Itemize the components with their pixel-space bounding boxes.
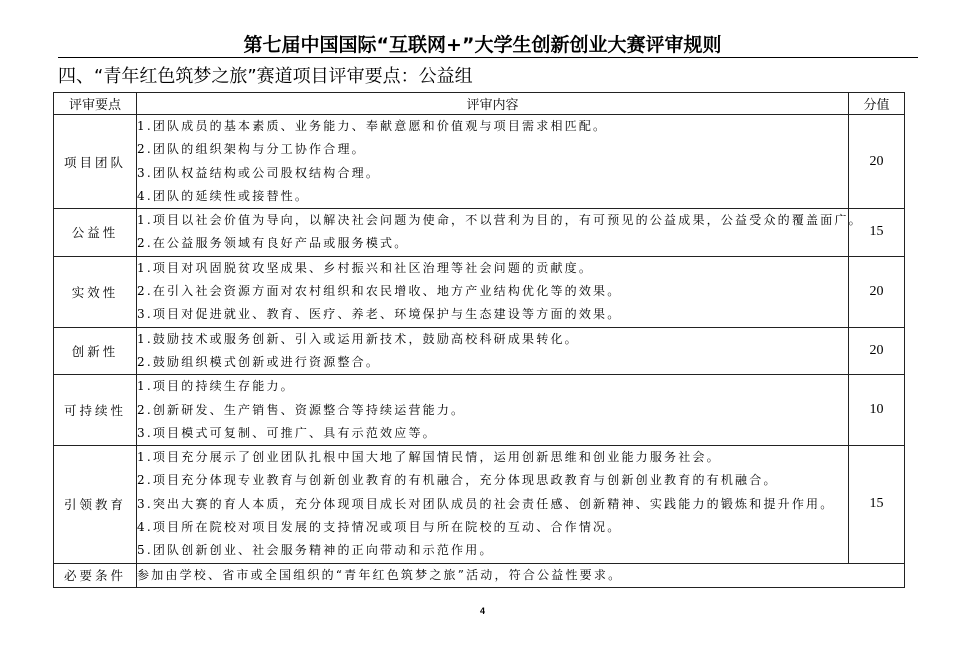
content-item: 1.项目对巩固脱贫攻坚成果、乡村振兴和社区治理等社会问题的贡献度。	[137, 257, 848, 280]
requirement-content: 参加由学校、省市或全国组织的“青年红色筑梦之旅”活动，符合公益性要求。	[137, 563, 905, 587]
content-item: 2.鼓励组织模式创新或进行资源整合。	[137, 351, 848, 374]
criteria-content: 1.项目充分展示了创业团队扎根中国大地了解国情民情，运用创新思维和创业能力服务社…	[137, 446, 849, 563]
criteria-content: 1.项目对巩固脱贫攻坚成果、乡村振兴和社区治理等社会问题的贡献度。 2.在引入社…	[137, 256, 849, 327]
criteria-score: 15	[849, 446, 905, 563]
criteria-label: 公益性	[54, 209, 137, 257]
header-criteria: 评审要点	[54, 93, 137, 115]
content-item: 3.团队权益结构或公司股权结构合理。	[137, 162, 848, 185]
content-item: 2.团队的组织架构与分工协作合理。	[137, 138, 848, 161]
criteria-label: 实效性	[54, 256, 137, 327]
content-item: 4.项目所在院校对项目发展的支持情况或项目与所在院校的互动、合作情况。	[137, 516, 848, 539]
section-title: 四、“青年红色筑梦之旅”赛道项目评审要点：公益组	[58, 65, 473, 89]
content-item: 4.团队的延续性或接替性。	[137, 185, 848, 208]
content-item: 2.在公益服务领域有良好产品或服务模式。	[137, 232, 848, 255]
table-row-effectiveness: 实效性 1.项目对巩固脱贫攻坚成果、乡村振兴和社区治理等社会问题的贡献度。 2.…	[54, 256, 905, 327]
table-row-team: 项目团队 1.团队成员的基本素质、业务能力、奉献意愿和价值观与项目需求相匹配。 …	[54, 115, 905, 209]
content-item: 2.创新研发、生产销售、资源整合等持续运营能力。	[137, 399, 848, 422]
criteria-score: 20	[849, 327, 905, 375]
page-number: 4	[0, 606, 965, 616]
criteria-content: 1.团队成员的基本素质、业务能力、奉献意愿和价值观与项目需求相匹配。 2.团队的…	[137, 115, 849, 209]
content-item: 1.项目充分展示了创业团队扎根中国大地了解国情民情，运用创新思维和创业能力服务社…	[137, 446, 848, 469]
criteria-label: 项目团队	[54, 115, 137, 209]
criteria-score: 10	[849, 375, 905, 446]
content-item: 2.在引入社会资源方面对农村组织和农民增收、地方产业结构优化等的效果。	[137, 280, 848, 303]
table-row-requirement: 必要条件 参加由学校、省市或全国组织的“青年红色筑梦之旅”活动，符合公益性要求。	[54, 563, 905, 587]
criteria-label: 引领教育	[54, 446, 137, 563]
review-criteria-table: 评审要点 评审内容 分值 项目团队 1.团队成员的基本素质、业务能力、奉献意愿和…	[53, 92, 905, 588]
table-row-public-welfare: 公益性 1.项目以社会价值为导向，以解决社会问题为使命，不以营利为目的，有可预见…	[54, 209, 905, 257]
content-item: 1.项目以社会价值为导向，以解决社会问题为使命，不以营利为目的，有可预见的公益成…	[137, 209, 848, 232]
table-row-sustainability: 可持续性 1.项目的持续生存能力。 2.创新研发、生产销售、资源整合等持续运营能…	[54, 375, 905, 446]
table-row-leading-education: 引领教育 1.项目充分展示了创业团队扎根中国大地了解国情民情，运用创新思维和创业…	[54, 446, 905, 563]
content-item: 1.团队成员的基本素质、业务能力、奉献意愿和价值观与项目需求相匹配。	[137, 115, 848, 138]
content-item: 3.项目对促进就业、教育、医疗、养老、环境保护与生态建设等方面的效果。	[137, 303, 848, 326]
document-title: 第七届中国国际“互联网+”大学生创新创业大赛评审规则	[0, 33, 965, 57]
table-row-innovation: 创新性 1.鼓励技术或服务创新、引入或运用新技术，鼓励高校科研成果转化。 2.鼓…	[54, 327, 905, 375]
content-item: 3.项目模式可复制、可推广、具有示范效应等。	[137, 422, 848, 445]
requirement-label: 必要条件	[54, 563, 137, 587]
criteria-label: 可持续性	[54, 375, 137, 446]
criteria-content: 1.项目以社会价值为导向，以解决社会问题为使命，不以营利为目的，有可预见的公益成…	[137, 209, 849, 257]
requirement-text: 参加由学校、省市或全国组织的“青年红色筑梦之旅”活动，符合公益性要求。	[137, 564, 904, 587]
content-item: 2.项目充分体现专业教育与创新创业教育的有机融合，充分体现思政教育与创新创业教育…	[137, 469, 848, 492]
content-item: 1.项目的持续生存能力。	[137, 375, 848, 398]
header-divider	[58, 57, 918, 58]
header-score: 分值	[849, 93, 905, 115]
criteria-content: 1.鼓励技术或服务创新、引入或运用新技术，鼓励高校科研成果转化。 2.鼓励组织模…	[137, 327, 849, 375]
content-item: 5.团队创新创业、社会服务精神的正向带动和示范作用。	[137, 539, 848, 562]
table-header-row: 评审要点 评审内容 分值	[54, 93, 905, 115]
criteria-content: 1.项目的持续生存能力。 2.创新研发、生产销售、资源整合等持续运营能力。 3.…	[137, 375, 849, 446]
content-item: 3.突出大赛的育人本质，充分体现项目成长对团队成员的社会责任感、创新精神、实践能…	[137, 493, 848, 516]
content-item: 1.鼓励技术或服务创新、引入或运用新技术，鼓励高校科研成果转化。	[137, 328, 848, 351]
criteria-label: 创新性	[54, 327, 137, 375]
criteria-score: 20	[849, 115, 905, 209]
criteria-score: 20	[849, 256, 905, 327]
header-content: 评审内容	[137, 93, 849, 115]
